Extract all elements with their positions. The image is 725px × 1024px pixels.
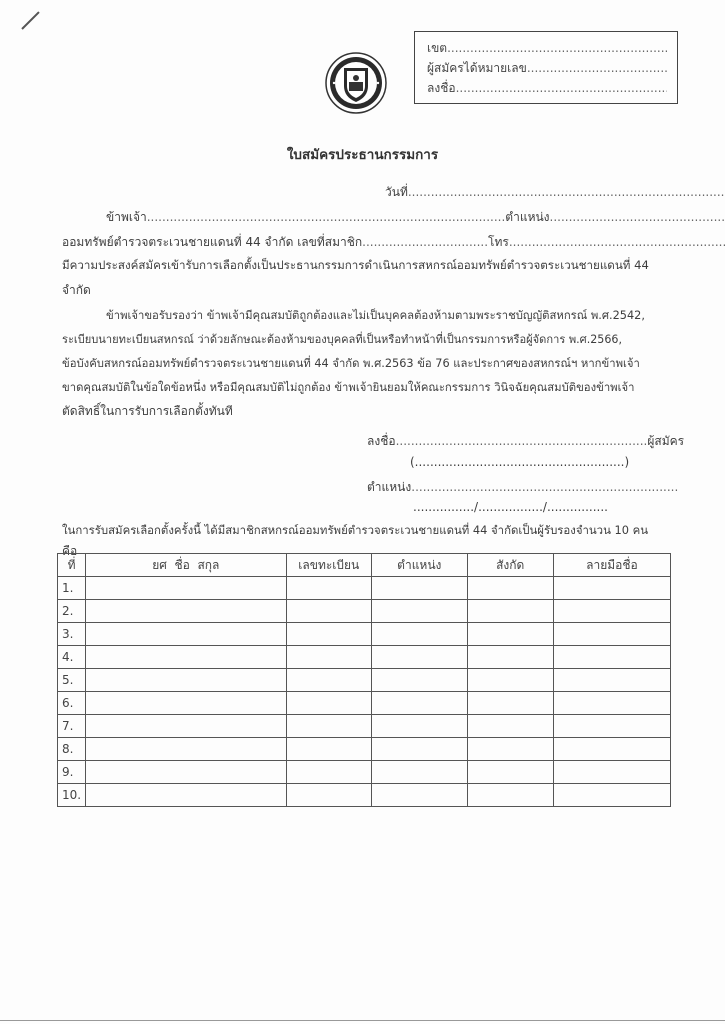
- table-header-row: ที่ ยศ ชื่อ สกุล เลขทะเบียน ตำแหน่ง สังก…: [58, 554, 671, 577]
- scan-mark: [21, 11, 39, 29]
- endorser-name-cell[interactable]: [86, 738, 286, 761]
- receipt-sign-dots: ........................................…: [456, 81, 667, 95]
- endorser-signature-cell[interactable]: [553, 692, 670, 715]
- endorser-signature-cell[interactable]: [553, 784, 670, 807]
- endorser-name-cell[interactable]: [86, 623, 286, 646]
- endorser-unit-cell[interactable]: [467, 669, 553, 692]
- page-title: ใบสมัครประธานกรรมการ: [0, 143, 725, 165]
- endorser-reg-no-cell[interactable]: [286, 600, 372, 623]
- table-row: 3.: [58, 623, 671, 646]
- endorser-signature-cell[interactable]: [553, 761, 670, 784]
- endorser-reg-no-cell[interactable]: [286, 738, 372, 761]
- endorser-unit-cell[interactable]: [467, 761, 553, 784]
- row-number: 5.: [58, 669, 86, 692]
- applicant-signature-field[interactable]: ลงชื่อ..................................…: [367, 432, 684, 451]
- signature-dots: ........................................…: [396, 434, 648, 448]
- table-row: 9.: [58, 761, 671, 784]
- endorser-reg-no-cell[interactable]: [286, 715, 372, 738]
- col-header-position: ตำแหน่ง: [372, 554, 467, 577]
- endorser-position-cell[interactable]: [372, 738, 467, 761]
- date-field[interactable]: วันที่..................................…: [385, 183, 725, 202]
- applicant-line-1: ข้าพเจ้า................................…: [106, 208, 672, 227]
- endorser-position-cell[interactable]: [372, 761, 467, 784]
- row-number: 9.: [58, 761, 86, 784]
- date-dots: ........................................…: [408, 185, 725, 199]
- table-row: 5.: [58, 669, 671, 692]
- table-row: 7.: [58, 715, 671, 738]
- endorser-position-cell[interactable]: [372, 692, 467, 715]
- certification-line-2: ระเบียบนายทะเบียนสหกรณ์ ว่าด้วยลักษณะต้อ…: [62, 330, 622, 348]
- endorser-unit-cell[interactable]: [467, 784, 553, 807]
- endorsement-text: ในการรับสมัครเลือกตั้งครั้งนี้ ได้มีสมาช…: [62, 522, 648, 540]
- row-number: 6.: [58, 692, 86, 715]
- endorser-unit-cell[interactable]: [467, 646, 553, 669]
- receipt-zone-field[interactable]: เขต.....................................…: [427, 38, 667, 58]
- endorser-signature-cell[interactable]: [553, 623, 670, 646]
- col-header-name: ยศ ชื่อ สกุล: [86, 554, 286, 577]
- endorser-signature-cell[interactable]: [553, 646, 670, 669]
- col-header-signature: ลายมือชื่อ: [553, 554, 670, 577]
- endorser-position-cell[interactable]: [372, 715, 467, 738]
- applicant-printed-name-field[interactable]: (.......................................…: [410, 455, 629, 469]
- endorser-unit-cell[interactable]: [467, 623, 553, 646]
- endorser-reg-no-cell[interactable]: [286, 577, 372, 600]
- col-header-unit: สังกัด: [467, 554, 553, 577]
- table-row: 1.: [58, 577, 671, 600]
- endorser-name-cell[interactable]: [86, 600, 286, 623]
- applicant-name-dots: ........................................…: [147, 210, 506, 224]
- phone-label: โทร: [488, 235, 509, 249]
- receipt-zone-dots: ........................................…: [447, 41, 667, 55]
- endorser-position-cell[interactable]: [372, 646, 467, 669]
- row-number: 3.: [58, 623, 86, 646]
- endorser-position-cell[interactable]: [372, 784, 467, 807]
- receipt-number-field[interactable]: ผู้สมัครได้หมายเลข......................…: [427, 58, 667, 78]
- certification-line-5: ตัดสิทธิ์ในการรับการเลือกตั้งทันที: [62, 402, 233, 421]
- endorser-signature-cell[interactable]: [553, 577, 670, 600]
- certification-line-4: ขาดคุณสมบัติในข้อใดข้อหนึ่ง หรือมีคุณสมบ…: [62, 378, 634, 396]
- certification-line-1: ข้าพเจ้าขอรับรองว่า ข้าพเจ้ามีคุณสมบัติถ…: [106, 306, 645, 324]
- table-row: 4.: [58, 646, 671, 669]
- endorser-reg-no-cell[interactable]: [286, 784, 372, 807]
- endorser-position-cell[interactable]: [372, 577, 467, 600]
- row-number: 4.: [58, 646, 86, 669]
- cooperative-name-text: ออมทรัพย์ตำรวจตระเวนชายแดนที่ 44 จำกัด เ…: [62, 235, 362, 249]
- col-header-reg-no: เลขทะเบียน: [286, 554, 372, 577]
- applicant-intent-text-cont: จำกัด: [62, 281, 91, 300]
- row-number: 8.: [58, 738, 86, 761]
- phone-field[interactable]: โทร.....................................…: [488, 233, 725, 252]
- applicant-label: ผู้สมัคร: [647, 434, 684, 448]
- endorser-reg-no-cell[interactable]: [286, 669, 372, 692]
- applicant-name-field[interactable]: ข้าพเจ้า................................…: [106, 208, 505, 227]
- endorser-unit-cell[interactable]: [467, 715, 553, 738]
- signer-position-dots: ........................................…: [411, 480, 678, 494]
- table-row: 10.: [58, 784, 671, 807]
- receipt-signature-field[interactable]: ลงชื่อ..................................…: [427, 78, 667, 98]
- receipt-number-dots: ........................................…: [527, 61, 667, 75]
- endorser-name-cell[interactable]: [86, 692, 286, 715]
- endorser-name-cell[interactable]: [86, 577, 286, 600]
- signer-position-field[interactable]: ตำแหน่ง.................................…: [367, 478, 678, 497]
- applicant-position-dots: ........................................…: [550, 210, 725, 224]
- endorser-signature-cell[interactable]: [553, 600, 670, 623]
- member-number-dots: .................................: [362, 235, 488, 249]
- endorser-position-cell[interactable]: [372, 669, 467, 692]
- endorser-name-cell[interactable]: [86, 784, 286, 807]
- endorser-name-cell[interactable]: [86, 669, 286, 692]
- cooperative-seal-icon: [325, 52, 387, 114]
- table-row: 8.: [58, 738, 671, 761]
- signature-date-field[interactable]: ................/................./.....…: [413, 500, 608, 514]
- table-row: 6.: [58, 692, 671, 715]
- applicant-intent-text: มีความประสงค์สมัครเข้ารับการเลือกตั้งเป็…: [62, 257, 649, 275]
- endorser-unit-cell[interactable]: [467, 600, 553, 623]
- endorser-name-cell[interactable]: [86, 761, 286, 784]
- signer-position-label: ตำแหน่ง: [367, 480, 411, 494]
- endorser-unit-cell[interactable]: [467, 738, 553, 761]
- page-edge-line: [0, 1020, 725, 1021]
- endorser-position-cell[interactable]: [372, 600, 467, 623]
- endorser-signature-cell[interactable]: [553, 669, 670, 692]
- endorser-reg-no-cell[interactable]: [286, 692, 372, 715]
- applicant-name-label: ข้าพเจ้า: [106, 210, 147, 224]
- endorser-reg-no-cell[interactable]: [286, 646, 372, 669]
- table-row: 2.: [58, 600, 671, 623]
- applicant-line-2: ออมทรัพย์ตำรวจตระเวนชายแดนที่ 44 จำกัด เ…: [62, 233, 672, 252]
- phone-dots: ........................................…: [509, 235, 725, 249]
- endorser-name-cell[interactable]: [86, 646, 286, 669]
- endorser-table: ที่ ยศ ชื่อ สกุล เลขทะเบียน ตำแหน่ง สังก…: [57, 553, 671, 807]
- applicant-position-label: ตำแหน่ง: [505, 210, 549, 224]
- certification-line-3: ข้อบังคับสหกรณ์ออมทรัพย์ตำรวจตระเวนชายแด…: [62, 354, 640, 372]
- receipt-zone-label: เขต: [427, 41, 447, 55]
- applicant-position-field[interactable]: ตำแหน่ง.................................…: [505, 208, 725, 227]
- endorser-reg-no-cell[interactable]: [286, 623, 372, 646]
- col-header-no: ที่: [58, 554, 86, 577]
- endorser-position-cell[interactable]: [372, 623, 467, 646]
- signature-label: ลงชื่อ: [367, 434, 396, 448]
- date-label: วันที่: [385, 185, 408, 199]
- endorser-unit-cell[interactable]: [467, 577, 553, 600]
- endorser-unit-cell[interactable]: [467, 692, 553, 715]
- row-number: 1.: [58, 577, 86, 600]
- receipt-box: เขต.....................................…: [414, 31, 678, 104]
- endorser-reg-no-cell[interactable]: [286, 761, 372, 784]
- endorser-signature-cell[interactable]: [553, 715, 670, 738]
- member-number-field[interactable]: ออมทรัพย์ตำรวจตระเวนชายแดนที่ 44 จำกัด เ…: [62, 233, 488, 252]
- row-number: 7.: [58, 715, 86, 738]
- row-number: 10.: [58, 784, 86, 807]
- receipt-sign-label: ลงชื่อ: [427, 81, 456, 95]
- endorser-name-cell[interactable]: [86, 715, 286, 738]
- receipt-number-label: ผู้สมัครได้หมายเลข: [427, 61, 527, 75]
- endorser-signature-cell[interactable]: [553, 738, 670, 761]
- row-number: 2.: [58, 600, 86, 623]
